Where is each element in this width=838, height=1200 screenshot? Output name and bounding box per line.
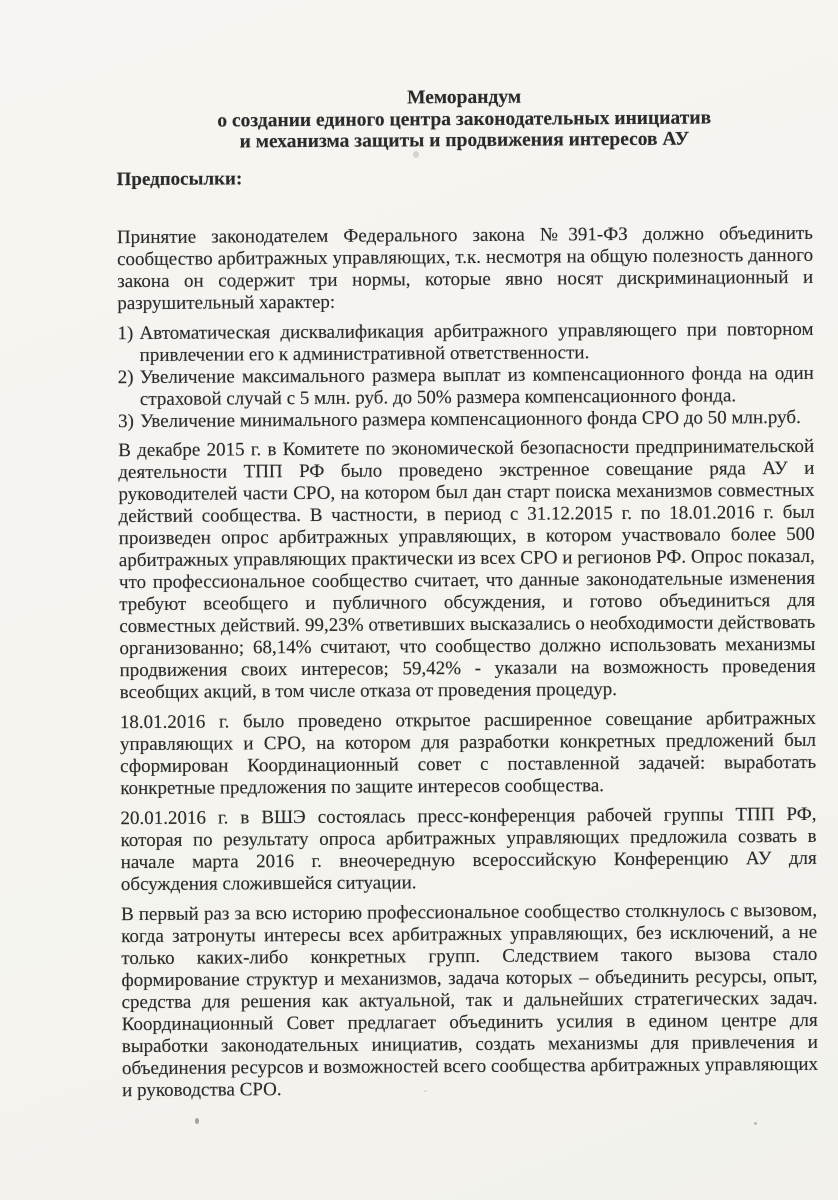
list-item-text: Автоматическая дисквалификация арбитражн…: [139, 318, 813, 366]
body-paragraph-meeting: 18.01.2016 г. было проведено открытое ра…: [120, 707, 817, 799]
body-paragraph-conclusion: В первый раз за всю историю профессионал…: [121, 899, 818, 1101]
title-line-2: о создании единого центра законодательны…: [116, 106, 812, 132]
scan-artifact: [413, 151, 419, 158]
list-item: 2) Увеличение максимального размера выпл…: [118, 362, 814, 410]
document-title: Меморандум о создании единого центра зак…: [116, 85, 812, 154]
list-item-marker: 2): [118, 366, 140, 388]
norms-list: 1) Автоматическая дисквалификация арбитр…: [117, 318, 814, 432]
document-content: Меморандум о создании единого центра зак…: [116, 85, 818, 1110]
scan-artifact: [195, 1118, 199, 1124]
intro-paragraph: Принятие законодателем Федерального зако…: [117, 222, 814, 314]
title-line-3: и механизма защиты и продвижения интерес…: [116, 128, 812, 154]
list-item-text: Увеличение минимального размера компенса…: [140, 406, 814, 432]
scan-artifact: [754, 1122, 757, 1125]
section-heading: Предпосылки:: [116, 164, 812, 190]
scanned-document-page: Меморандум о создании единого центра зак…: [0, 0, 838, 1200]
list-item-marker: 1): [117, 322, 139, 344]
list-item-text: Увеличение максимального размера выплат …: [140, 362, 814, 410]
body-paragraph-survey: В декабре 2015 г. в Комитете по экономич…: [118, 435, 816, 703]
list-item: 3) Увеличение минимального размера компе…: [118, 406, 814, 432]
scan-artifact: [424, 1090, 427, 1092]
list-item: 1) Автоматическая дисквалификация арбитр…: [117, 318, 813, 366]
list-item-marker: 3): [118, 410, 140, 432]
body-paragraph-press-conference: 20.01.2016 г. в ВШЭ состоялась пресс-кон…: [120, 803, 817, 895]
